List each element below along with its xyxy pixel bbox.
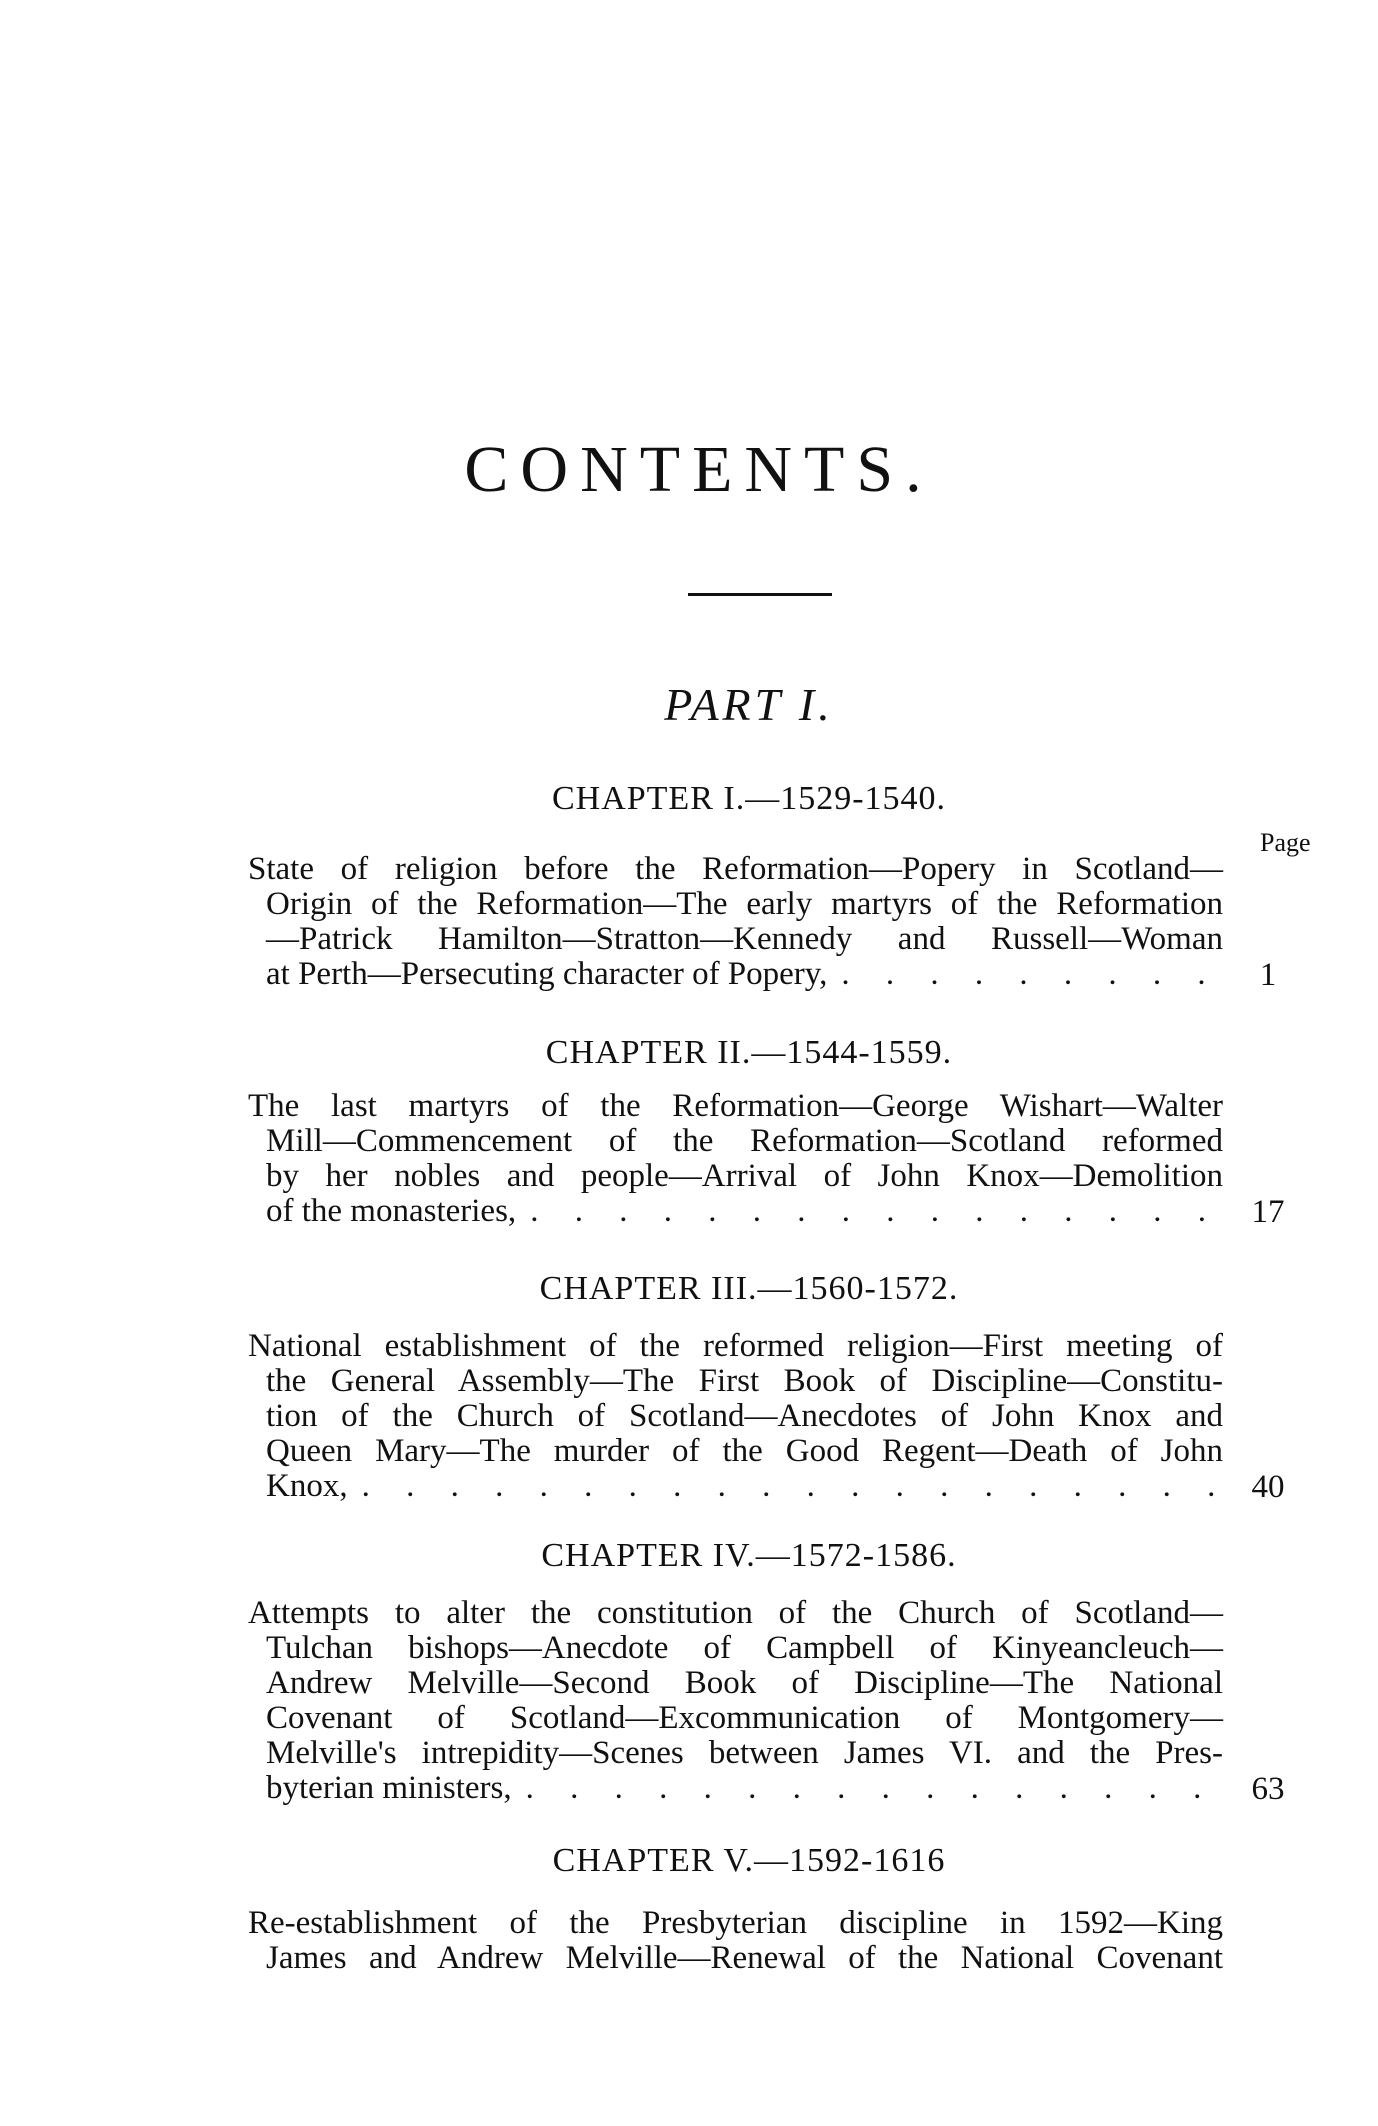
entry-line: tion of the Church of Scotland—Anecdotes…: [248, 1399, 1223, 1434]
entry-line: —Patrick Hamilton—Stratton—Kennedy and R…: [248, 922, 1223, 957]
entry-line: Origin of the Reformation—The early mart…: [248, 887, 1223, 922]
dot-leader: . . . . . . . . . . . . . . . . . . . . …: [530, 1194, 1223, 1229]
chapter-heading: CHAPTER V.—1592-1616: [0, 1842, 1378, 1880]
entry-line: Andrew Melville—Second Book of Disciplin…: [248, 1666, 1223, 1701]
chapter-entry: National establishment of the reformed r…: [248, 1329, 1223, 1504]
title-divider: [688, 593, 832, 596]
contents-title: CONTENTS.: [0, 432, 1378, 508]
entry-line: of the monasteries,: [266, 1194, 516, 1229]
part-heading: PART I.: [0, 678, 1378, 731]
chapter-heading: CHAPTER IV.—1572-1586.: [0, 1537, 1378, 1575]
entry-line: Covenant of Scotland—Excommunication of …: [248, 1701, 1223, 1736]
entry-line: the General Assembly—The First Book of D…: [248, 1364, 1223, 1399]
entry-line: Tulchan bishops—Anecdote of Campbell of …: [248, 1631, 1223, 1666]
entry-line: James and Andrew Melville—Renewal of the…: [248, 1941, 1223, 1976]
entry-line: Mill—Commencement of the Reformation—Sco…: [248, 1124, 1223, 1159]
chapter-entry: The last martyrs of the Reformation—Geor…: [248, 1089, 1223, 1229]
entry-line: Re-establishment of the Presbyterian dis…: [248, 1906, 1223, 1941]
page-number: 40: [1238, 1469, 1298, 1506]
page-column-label: Page: [1260, 828, 1311, 858]
entry-line: byterian ministers,: [266, 1771, 512, 1806]
page-number: 17: [1238, 1194, 1298, 1231]
page-number: 63: [1238, 1771, 1298, 1808]
dot-leader: . . . . . . . . . . . . . . . . . . . . …: [841, 957, 1223, 992]
chapter-entry: Attempts to alter the constitution of th…: [248, 1596, 1223, 1806]
entry-line: Melville's intrepidity—Scenes between Ja…: [248, 1736, 1223, 1771]
chapter-heading: CHAPTER II.—1544-1559.: [0, 1034, 1378, 1072]
entry-line: by her nobles and people—Arrival of John…: [248, 1159, 1223, 1194]
entry-line: The last martyrs of the Reformation—Geor…: [248, 1089, 1223, 1124]
entry-line: Queen Mary—The murder of the Good Regent…: [248, 1434, 1223, 1469]
entry-line: State of religion before the Reformation…: [248, 852, 1223, 887]
dot-leader: . . . . . . . . . . . . . . . . . . . . …: [362, 1469, 1223, 1504]
chapter-entry: Re-establishment of the Presbyterian dis…: [248, 1906, 1223, 1976]
page-number: 1: [1238, 957, 1298, 994]
chapter-heading: CHAPTER I.—1529-1540.: [0, 780, 1378, 818]
entry-line: Knox,: [266, 1469, 348, 1504]
entry-line: at Perth—Persecuting character of Popery…: [266, 957, 827, 992]
dot-leader: . . . . . . . . . . . . . . . . . . . . …: [526, 1771, 1223, 1806]
entry-line: National establishment of the reformed r…: [248, 1329, 1223, 1364]
chapter-entry: State of religion before the Reformation…: [248, 852, 1223, 992]
entry-line: Attempts to alter the constitution of th…: [248, 1596, 1223, 1631]
chapter-heading: CHAPTER III.—1560-1572.: [0, 1270, 1378, 1308]
